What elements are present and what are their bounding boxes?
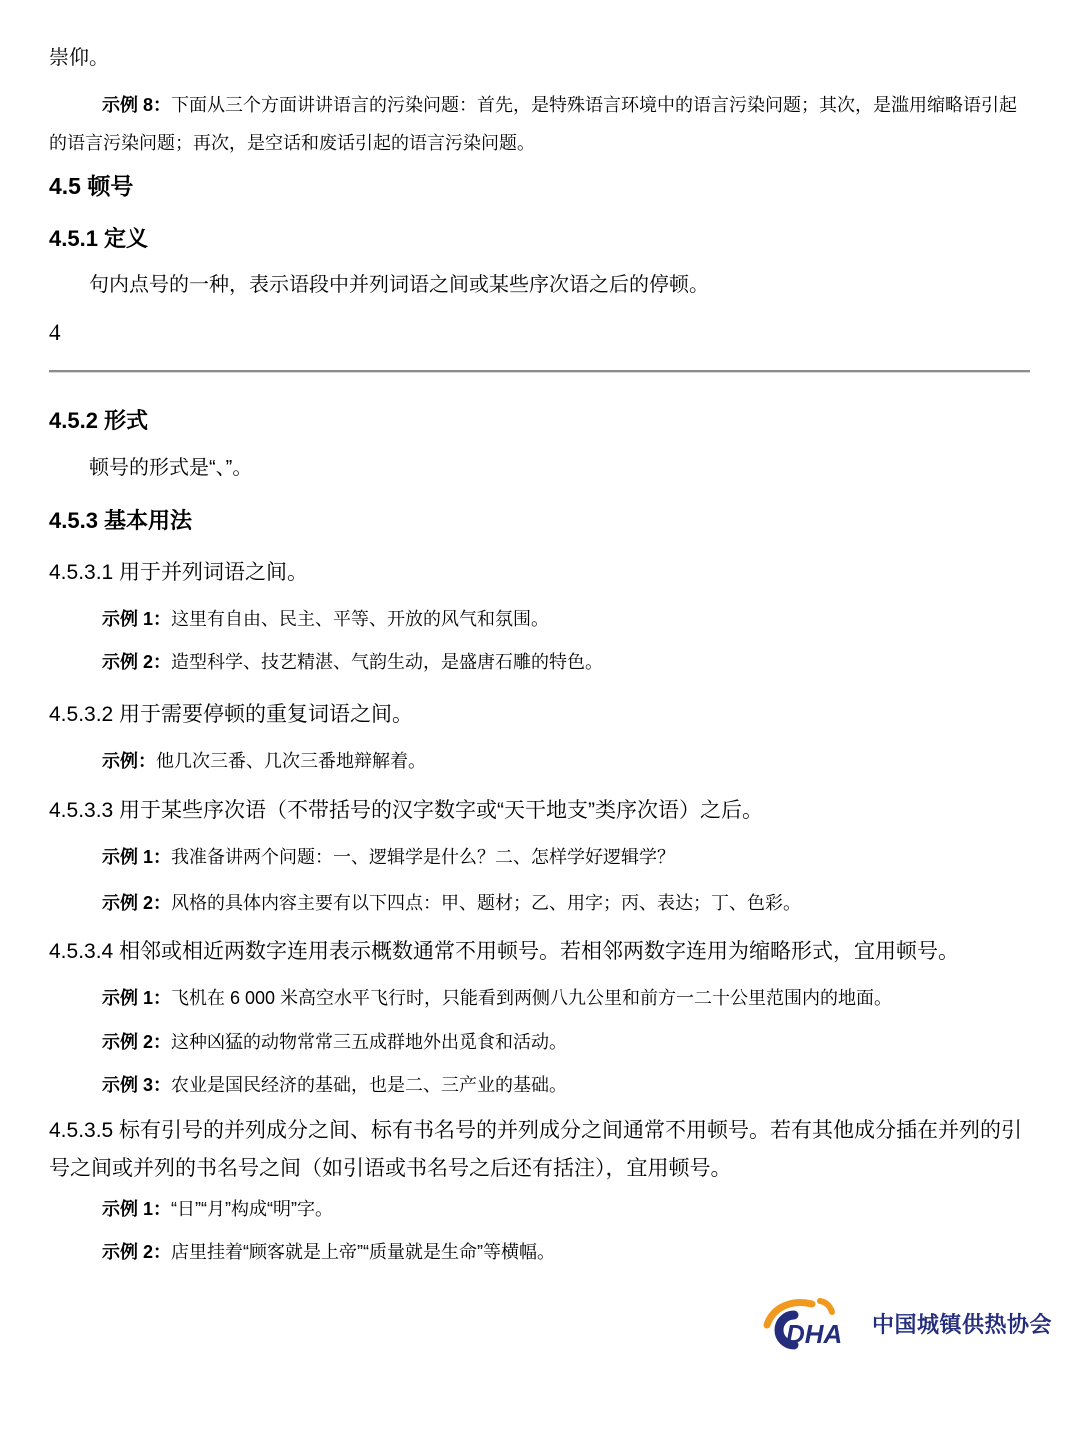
example-text: “日”“月”构成“明”字。 xyxy=(171,1199,333,1219)
example-text: 这种凶猛的动物常常三五成群地外出觅食和活动。 xyxy=(171,1032,567,1052)
form-paragraph: 顿号的形式是“、”。 xyxy=(49,449,1030,487)
example-paragraph: 示例 1：这里有自由、民主、平等、开放的风气和氛围。 xyxy=(49,600,1030,638)
paragraph-chongyang: 崇仰。 xyxy=(49,39,1030,77)
example-paragraph: 示例 1：“日”“月”构成“明”字。 xyxy=(49,1190,1030,1228)
section-heading-4-5-3-1: 4.5.3.1 用于并列词语之间。 xyxy=(49,554,1030,592)
example-paragraph: 示例 1：飞机在 6 000 米高空水平飞行时，只能看到两侧八九公里和前方一二十… xyxy=(49,979,1030,1017)
example-label: 示例 1： xyxy=(102,988,171,1008)
example-paragraph: 示例 1：我准备讲两个问题：一、逻辑学是什么？二、怎样学好逻辑学？ xyxy=(49,838,1030,876)
definition-paragraph: 句内点号的一种，表示语段中并列词语之间或某些序次语之后的停顿。 xyxy=(49,266,1030,304)
page-number: 4 xyxy=(49,314,1030,352)
example-label: 示例 8： xyxy=(102,95,171,115)
footer: DHA 中国城镇供热协会 xyxy=(49,1295,1052,1351)
example-text: 造型科学、技艺精湛、气韵生动，是盛唐石雕的特色。 xyxy=(171,652,603,672)
example-text: 这里有自由、民主、平等、开放的风气和氛围。 xyxy=(171,609,549,629)
example-text: 我准备讲两个问题：一、逻辑学是什么？二、怎样学好逻辑学？ xyxy=(171,847,675,867)
example-label: 示例 2： xyxy=(102,1242,171,1262)
example-paragraph: 示例 2：这种凶猛的动物常常三五成群地外出觅食和活动。 xyxy=(49,1023,1030,1061)
example-text: 飞机在 6 000 米高空水平飞行时，只能看到两侧八九公里和前方一二十公里范围内… xyxy=(171,988,892,1008)
example-paragraph-8: 示例 8：下面从三个方面讲讲语言的污染问题：首先，是特殊语言环境中的语言污染问题… xyxy=(49,86,1030,162)
example-paragraph: 示例 2：造型科学、技艺精湛、气韵生动，是盛唐石雕的特色。 xyxy=(49,643,1030,681)
section-heading-4-5-3-4: 4.5.3.4 相邻或相近两数字连用表示概数通常不用顿号。若相邻两数字连用为缩略… xyxy=(49,933,1030,971)
section-heading-4-5-2: 4.5.2 形式 xyxy=(49,402,1030,440)
example-label: 示例 1： xyxy=(102,1199,171,1219)
example-label: 示例 2： xyxy=(102,1032,171,1052)
example-label: 示例 2： xyxy=(102,893,171,913)
example-paragraph: 示例：他几次三番、几次三番地辩解着。 xyxy=(49,742,1030,780)
logo-org-name: 中国城镇供热协会 xyxy=(872,1308,1052,1339)
example-label: 示例： xyxy=(102,751,156,771)
section-heading-4-5: 4.5 顿号 xyxy=(49,167,1030,205)
example-label: 示例 1： xyxy=(102,609,171,629)
section-heading-4-5-3-2: 4.5.3.2 用于需要停顿的重复词语之间。 xyxy=(49,696,1030,734)
example-paragraph: 示例 2：店里挂着“顾客就是上帝”“质量就是生命”等横幅。 xyxy=(49,1233,1030,1271)
example-text: 店里挂着“顾客就是上帝”“质量就是生命”等横幅。 xyxy=(171,1242,555,1262)
example-text: 他几次三番、几次三番地辩解着。 xyxy=(156,751,426,771)
example-text: 农业是国民经济的基础，也是二、三产业的基础。 xyxy=(171,1075,567,1095)
logo-abbr-text: DHA xyxy=(786,1319,842,1349)
cdha-logo: DHA 中国城镇供热协会 xyxy=(760,1295,1052,1351)
cdha-logo-mark-icon: DHA xyxy=(760,1295,858,1351)
example-paragraph: 示例 2：风格的具体内容主要有以下四点：甲、题材；乙、用字；丙、表达；丁、色彩。 xyxy=(49,884,1030,922)
example-paragraph: 示例 3：农业是国民经济的基础，也是二、三产业的基础。 xyxy=(49,1066,1030,1104)
page-divider xyxy=(49,370,1030,372)
section-heading-4-5-3-5: 4.5.3.5 标有引号的并列成分之间、标有书名号的并列成分之间通常不用顿号。若… xyxy=(49,1112,1030,1188)
section-heading-4-5-3: 4.5.3 基本用法 xyxy=(49,502,1030,540)
example-label: 示例 1： xyxy=(102,847,171,867)
section-heading-4-5-3-3: 4.5.3.3 用于某些序次语（不带括号的汉字数字或“天干地支”类序次语）之后。 xyxy=(49,792,1030,830)
example-label: 示例 2： xyxy=(102,652,171,672)
example-text: 下面从三个方面讲讲语言的污染问题：首先，是特殊语言环境中的语言污染问题；其次，是… xyxy=(49,95,1017,153)
section-heading-4-5-1: 4.5.1 定义 xyxy=(49,220,1030,258)
logo-orange-echo-icon xyxy=(820,1301,832,1312)
example-text: 风格的具体内容主要有以下四点：甲、题材；乙、用字；丙、表达；丁、色彩。 xyxy=(171,893,801,913)
document-page: 崇仰。 示例 8：下面从三个方面讲讲语言的污染问题：首先，是特殊语言环境中的语言… xyxy=(0,0,1075,1450)
example-label: 示例 3： xyxy=(102,1075,171,1095)
